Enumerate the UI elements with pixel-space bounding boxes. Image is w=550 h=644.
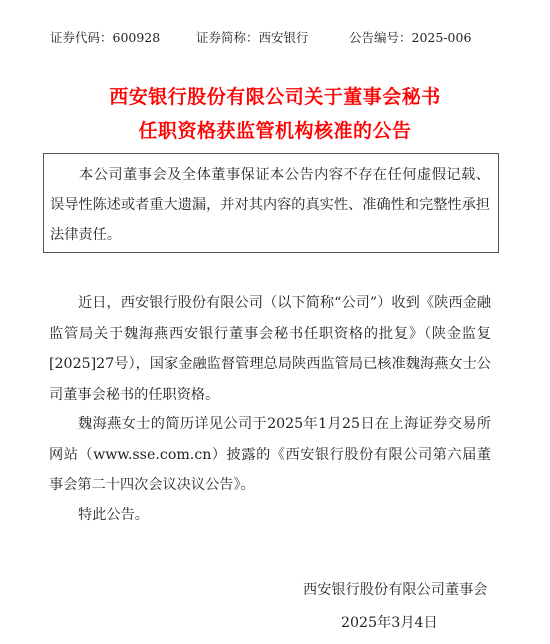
security-short-name: 证券简称：西安银行 — [196, 28, 309, 46]
signature-organization: 西安银行股份有限公司董事会 — [303, 579, 487, 599]
body-paragraph-approval: 近日，西安银行股份有限公司（以下简称“公司”）收到《陕西金融监管局关于魏海燕西安… — [49, 288, 491, 410]
security-code: 证券代码：600928 — [50, 28, 160, 46]
page-title-line-1: 西安银行股份有限公司关于董事会秘书 — [0, 82, 550, 109]
body-paragraph-resume: 魏海燕女士的简历详见公司于2025年1月25日在上海证券交易所网站（www.ss… — [49, 409, 491, 501]
disclaimer-text: 本公司董事会及全体董事保证本公告内容不存在任何虚假记载、误导性陈述或者重大遗漏，… — [50, 160, 490, 250]
disclaimer-box: 本公司董事会及全体董事保证本公告内容不存在任何虚假记载、误导性陈述或者重大遗漏，… — [43, 153, 499, 253]
body-paragraph-closing: 特此公告。 — [49, 500, 491, 531]
document-header: 证券代码：600928 证券简称：西安银行 公告编号：2025-006 — [0, 28, 550, 48]
signature-date: 2025年3月4日 — [341, 612, 438, 632]
announcement-number: 公告编号：2025-006 — [349, 28, 471, 46]
page-title-line-2: 任职资格获监管机构核准的公告 — [0, 116, 550, 143]
